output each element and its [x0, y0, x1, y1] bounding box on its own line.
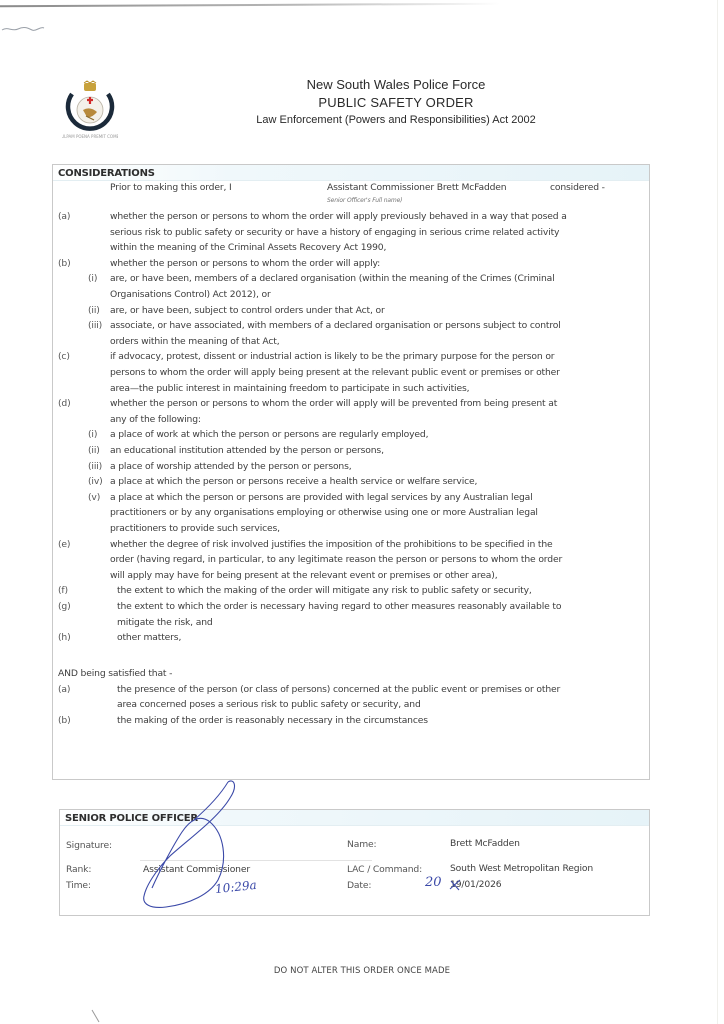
satisfied-heading: AND being satisfied that - [58, 668, 172, 679]
pen-mark-icon [90, 1008, 102, 1024]
item-text: whether the person or persons to whom th… [110, 211, 567, 222]
date-label: Date: [347, 880, 371, 891]
command-value: South West Metropolitan Region [450, 863, 593, 874]
considerations-heading: CONSIDERATIONS [53, 165, 649, 181]
intro-suffix: considered - [550, 182, 605, 193]
scan-edge [717, 0, 718, 1024]
item-text: the extent to which the order is necessa… [117, 601, 561, 612]
item-label: (f) [58, 585, 68, 596]
signature-label: Signature: [66, 840, 112, 851]
subitem-text: practitioners or by any organisations em… [110, 507, 538, 518]
subitem-text: a place of work at which the person or p… [110, 429, 428, 440]
satisfied-item-text: the making of the order is reasonably ne… [117, 715, 428, 726]
subitem-label: (iv) [88, 476, 103, 487]
item-text: mitigate the risk, and [117, 617, 213, 628]
document-title: PUBLIC SAFETY ORDER [0, 95, 724, 110]
item-label: (a) [58, 211, 70, 222]
command-label: LAC / Command: [347, 864, 422, 875]
rank-value: Assistant Commissioner [143, 864, 250, 875]
item-text: whether the person or persons to whom th… [110, 398, 557, 409]
item-text: other matters, [117, 632, 181, 643]
item-text: within the meaning of the Criminal Asset… [110, 242, 386, 253]
item-text: whether the person or persons to whom th… [110, 258, 380, 269]
senior-officer-heading: SENIOR POLICE OFFICER [60, 810, 649, 826]
date-handwritten-correction: 20 [425, 875, 442, 890]
item-text: whether the degree of risk involved just… [110, 539, 553, 550]
intro-prefix: Prior to making this order, I [110, 182, 232, 193]
item-label: (d) [58, 398, 71, 409]
item-text: any of the following: [110, 414, 201, 425]
subitem-label: (iii) [88, 320, 102, 331]
name-caption: Senior Officer's Full name) [327, 197, 402, 204]
act-reference: Law Enforcement (Powers and Responsibili… [0, 114, 724, 126]
subitem-label: (i) [88, 273, 97, 284]
satisfied-item-text: the presence of the person (or class of … [117, 684, 560, 695]
subitem-label: (ii) [88, 305, 100, 316]
subitem-text: a place at which the person or persons a… [110, 492, 533, 503]
scan-edge [0, 3, 500, 8]
subitem-text: an educational institution attended by t… [110, 445, 384, 456]
subitem-text: a place at which the person or persons r… [110, 476, 477, 487]
item-label: (e) [58, 539, 70, 550]
subitem-text: a place of worship attended by the perso… [110, 461, 352, 472]
item-label: (h) [58, 632, 71, 643]
item-text: if advocacy, protest, dissent or industr… [110, 351, 554, 362]
name-label: Name: [347, 839, 376, 850]
item-text: area—the public interest in maintaining … [110, 383, 469, 394]
subitem-label: (ii) [88, 445, 100, 456]
organisation-name: New South Wales Police Force [0, 77, 724, 92]
satisfied-item-label: (a) [58, 684, 70, 695]
item-text: will apply may have for being present at… [110, 570, 497, 581]
officer-full-name: Assistant Commissioner Brett McFadden [327, 182, 506, 193]
subitem-text: practitioners to provide such services, [110, 523, 280, 534]
subitem-text: Organisations Control) Act 2012), or [110, 289, 271, 300]
subitem-text: are, or have been, members of a declared… [110, 273, 555, 284]
subitem-label: (i) [88, 429, 97, 440]
item-text: serious risk to public safety or securit… [110, 227, 559, 238]
time-label: Time: [66, 880, 91, 891]
signature-line [140, 860, 372, 861]
svg-text:CULPAM POENA PREMIT COMES: CULPAM POENA PREMIT COMES [62, 134, 118, 139]
item-label: (b) [58, 258, 71, 269]
name-value: Brett McFadden [450, 838, 520, 849]
footer-notice: DO NOT ALTER THIS ORDER ONCE MADE [0, 966, 724, 976]
date-strikeout-mark [449, 878, 463, 892]
pen-mark-icon [0, 20, 50, 36]
satisfied-item-label: (b) [58, 715, 71, 726]
item-text: persons to whom the order will apply bei… [110, 367, 560, 378]
item-text: the extent to which the making of the or… [117, 585, 532, 596]
subitem-text: are, or have been, subject to control or… [110, 305, 385, 316]
rank-label: Rank: [66, 864, 91, 875]
subitem-text: associate, or have associated, with memb… [110, 320, 561, 331]
satisfied-item-text: area concerned poses a serious risk to p… [117, 699, 421, 710]
subitem-text: orders within the meaning of that Act, [110, 336, 280, 347]
subitem-label: (v) [88, 492, 100, 503]
subitem-label: (iii) [88, 461, 102, 472]
item-text: order (having regard, in particular, to … [110, 554, 562, 565]
item-label: (c) [58, 351, 70, 362]
item-label: (g) [58, 601, 71, 612]
